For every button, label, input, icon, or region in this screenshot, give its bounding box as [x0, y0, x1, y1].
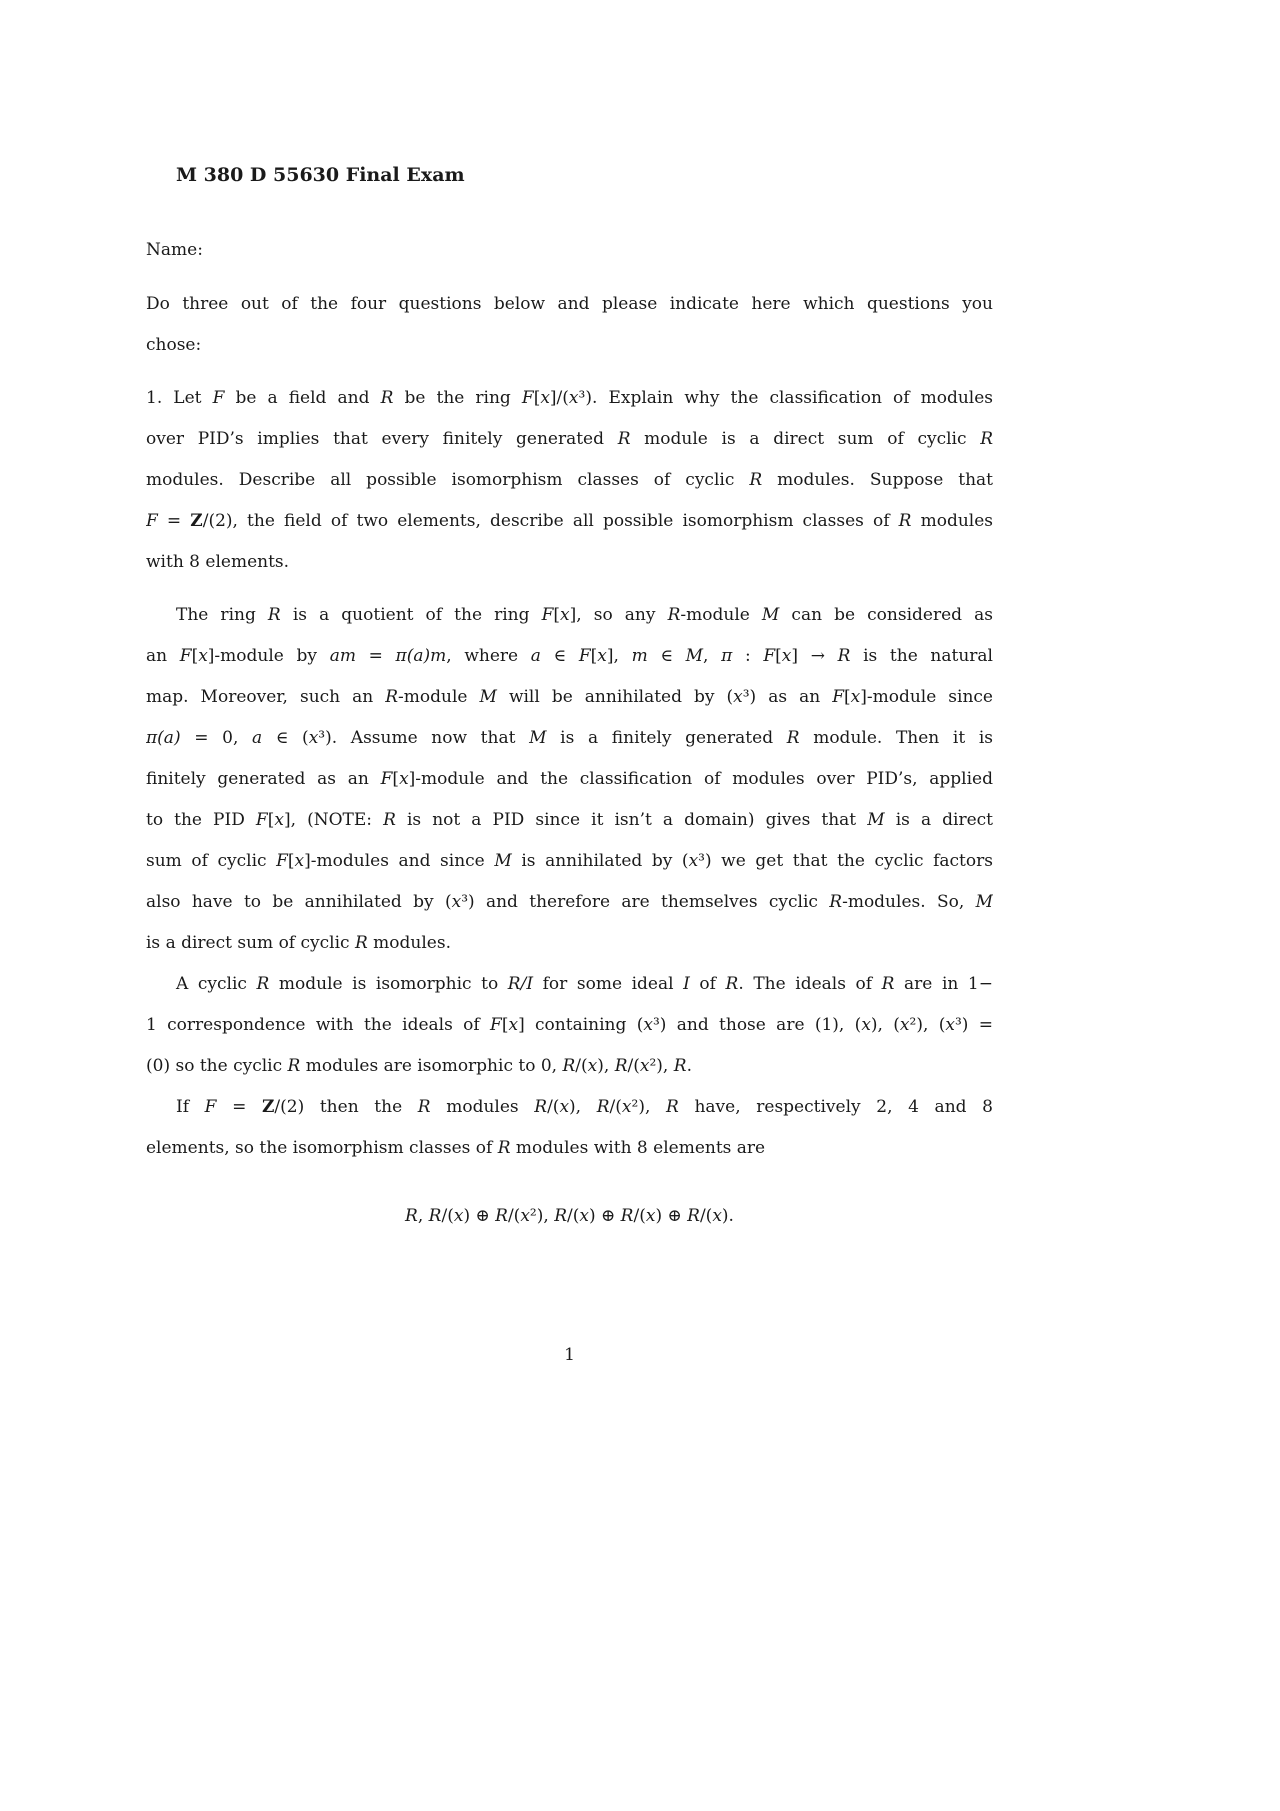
question-line: F = Z/(2), the field of two elements, de… — [146, 501, 993, 542]
solution-line: map. Moreover, such an R-module M will b… — [146, 677, 993, 718]
question-line: modules. Describe all possible isomorphi… — [146, 460, 993, 501]
solution-line: also have to be annihilated by (x³) and … — [146, 882, 993, 923]
solution-line: sum of cyclic F[x]-modules and since M i… — [146, 841, 993, 882]
solution-line: to the PID F[x], (NOTE: R is not a PID s… — [146, 800, 993, 841]
solution-line: is a direct sum of cyclic R modules. — [146, 923, 993, 964]
question-line: 1. Let F be a field and R be the ring F[… — [146, 378, 993, 419]
instructions-line: Do three out of the four questions below… — [146, 284, 993, 325]
solution-line: finitely generated as an F[x]-module and… — [146, 759, 993, 800]
document-page: M 380 D 55630 Final Exam Name: Do three … — [0, 0, 1280, 1811]
text-column: M 380 D 55630 Final Exam Name: Do three … — [146, 0, 993, 1376]
solution-line: 1 correspondence with the ideals of F[x]… — [146, 1005, 993, 1046]
page-number: 1 — [146, 1335, 993, 1376]
solution-line: (0) so the cyclic R modules are isomorph… — [146, 1046, 993, 1087]
question-line: over PID’s implies that every finitely g… — [146, 419, 993, 460]
question-line: with 8 elements. — [146, 542, 993, 583]
instructions-line: chose: — [146, 325, 993, 366]
display-equation: R, R/(x) ⊕ R/(x²), R/(x) ⊕ R/(x) ⊕ R/(x)… — [146, 1196, 993, 1237]
solution-line: an F[x]-module by am = π(a)m, where a ∈ … — [146, 636, 993, 677]
solution-line: If F = Z/(2) then the R modules R/(x), R… — [146, 1087, 993, 1128]
solution-line: A cyclic R module is isomorphic to R/I f… — [146, 964, 993, 1005]
solution-line: π(a) = 0, a ∈ (x³). Assume now that M is… — [146, 718, 993, 759]
solution-line: elements, so the isomorphism classes of … — [146, 1128, 993, 1169]
name-label: Name: — [146, 230, 993, 271]
solution-line: The ring R is a quotient of the ring F[x… — [146, 595, 993, 636]
exam-title: M 380 D 55630 Final Exam — [146, 155, 993, 196]
